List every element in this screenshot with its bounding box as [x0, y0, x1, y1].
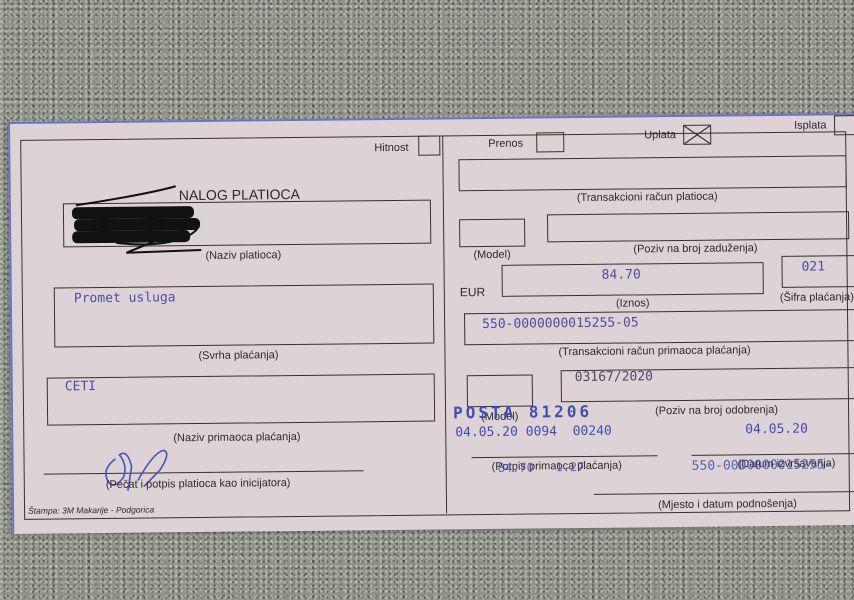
recipient-account-value: 550-0000000015255-05 — [482, 315, 639, 332]
uplata-label: Uplata — [644, 129, 676, 141]
stamp-line1-left: 04.05.20 0094 00240 — [455, 424, 612, 441]
purpose-label: (Svrha plaćanja) — [198, 349, 278, 362]
printer-note: Štampa: 3M Makarije - Podgorica — [28, 504, 154, 515]
stamp-line2-right: 550-0000000015255- — [692, 457, 833, 473]
amount-label: (Iznos) — [616, 297, 650, 309]
purpose-value: Promet usluga — [74, 290, 176, 306]
credit-reference-label: (Poziv na broj odobrenja) — [655, 404, 778, 417]
debit-reference-label: (Poziv na broj zaduženja) — [633, 242, 757, 255]
hitnost-checkbox[interactable] — [418, 135, 440, 155]
payment-slip: Hitnost Prenos Uplata Isplata NALOG PLAT… — [8, 113, 854, 534]
recipient-name-label: (Naziv primaoca plaćanja) — [173, 431, 300, 444]
model1-label: (Model) — [473, 249, 510, 261]
signature-label: (Pečat i potpis platioca kao inicijatora… — [106, 477, 291, 491]
hitnost-label: Hitnost — [374, 142, 408, 154]
payment-code-value: 021 — [801, 259, 825, 274]
signature-scribble — [97, 440, 178, 501]
debit-reference-field[interactable] — [547, 211, 849, 242]
redaction-scribble — [66, 184, 237, 256]
isplata-label: Isplata — [794, 119, 827, 131]
stamp-line1-right: 04.05.20 — [745, 422, 808, 438]
currency-label: EUR — [460, 285, 485, 299]
post-office-stamp: POSTA 81206 — [453, 402, 592, 422]
recipient-account-label: (Transakcioni račun primaoca plaćanja) — [558, 344, 750, 358]
payer-name-label: (Naziv platioca) — [205, 249, 281, 262]
checkmark-x-icon — [684, 126, 710, 144]
payer-account-label: (Transakcioni račun platioca) — [577, 191, 718, 204]
place-date-label: (Mjesto i datum podnošenja) — [658, 498, 797, 511]
payment-code-label: (Šifra plaćanja) — [780, 291, 854, 304]
recipient-name-field[interactable] — [47, 374, 435, 426]
isplata-checkbox[interactable] — [834, 115, 854, 135]
recipient-name-value: CETI — [65, 379, 96, 394]
model1-field[interactable] — [459, 219, 525, 248]
credit-reference-value: 03167/2020 — [575, 369, 653, 385]
prenos-checkbox[interactable] — [536, 132, 564, 152]
payer-account-field[interactable] — [458, 155, 846, 191]
uplata-checkbox[interactable] — [683, 125, 711, 145]
prenos-label: Prenos — [488, 138, 523, 150]
stamp-line2-left: 84.70 1.27 — [498, 460, 585, 475]
amount-value: 84.70 — [602, 267, 641, 282]
